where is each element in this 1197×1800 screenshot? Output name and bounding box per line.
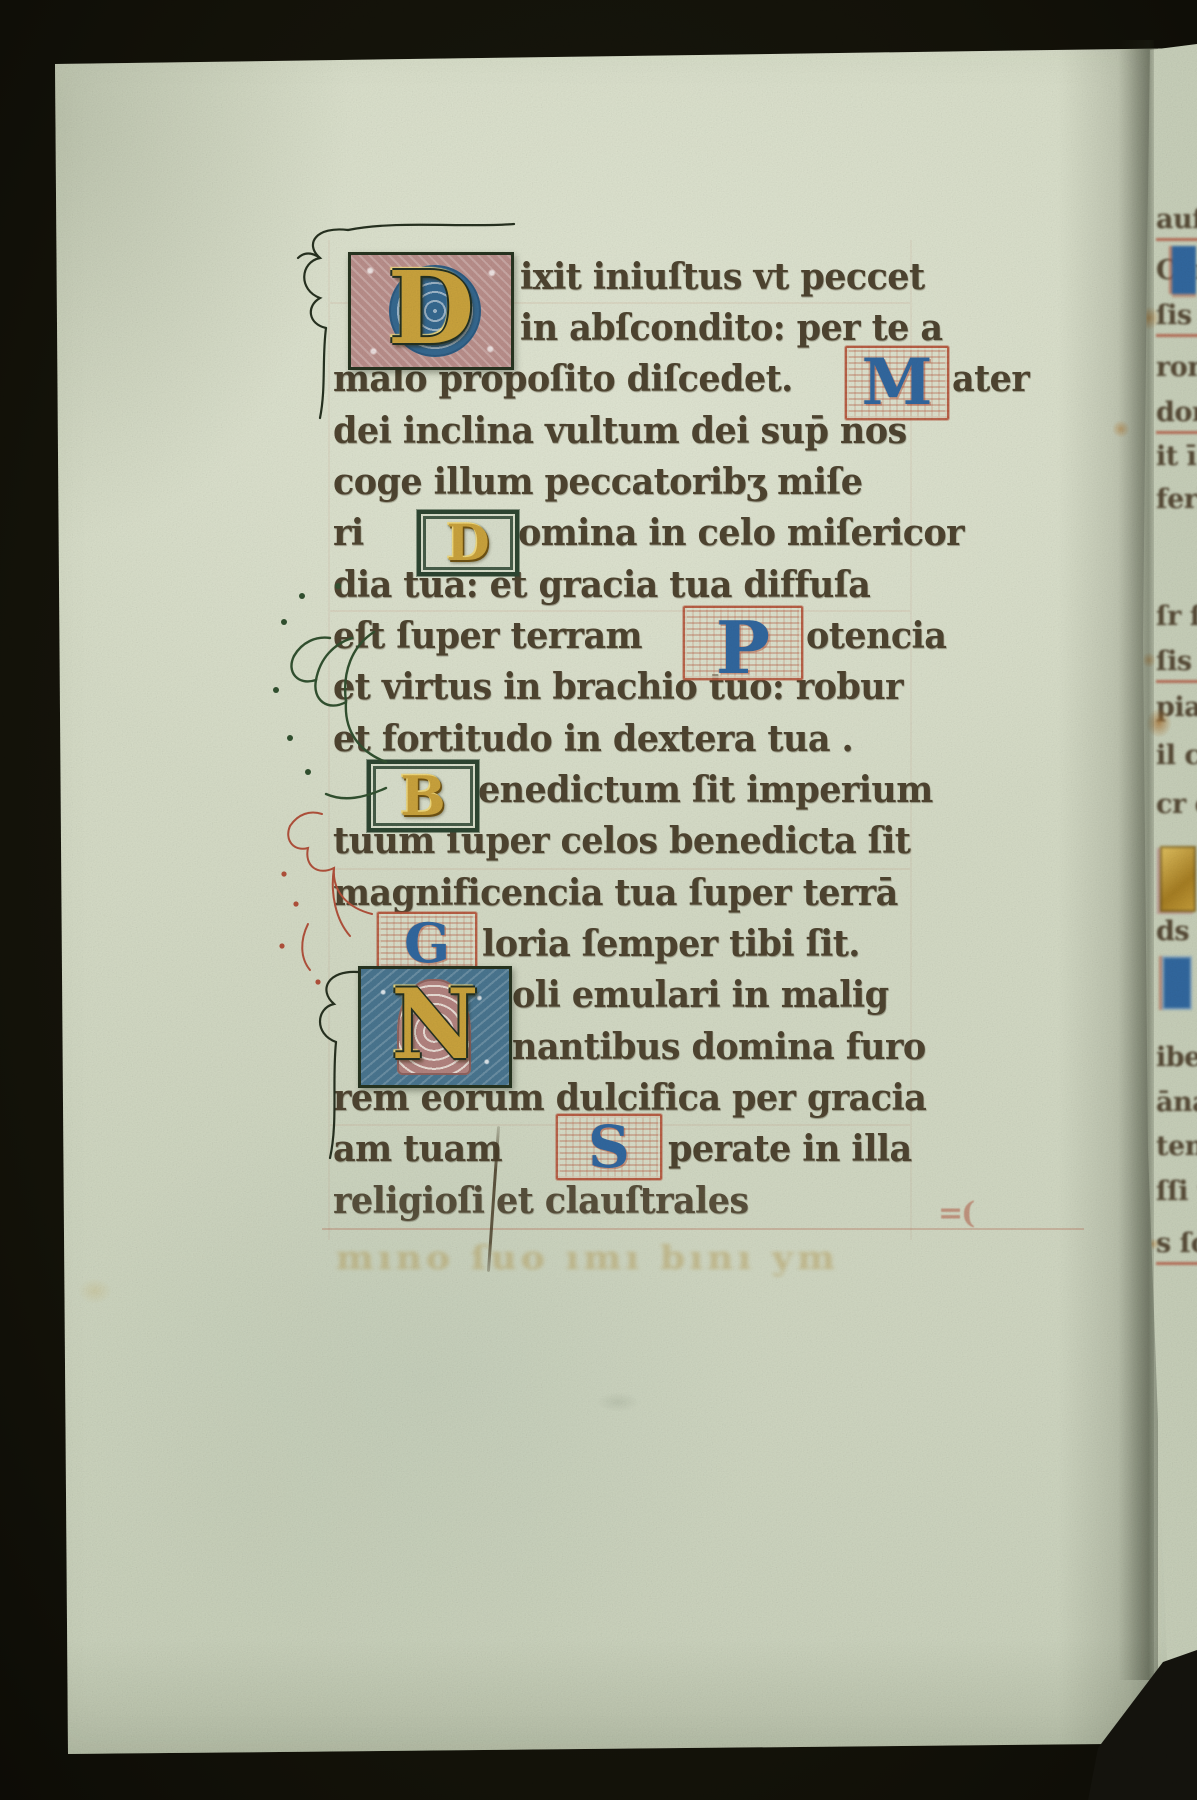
folio-text-fragment: ferba xyxy=(1156,484,1197,515)
initial-P-penwork: P xyxy=(683,606,803,680)
folio-text-fragment: ſſi ū xyxy=(1156,1176,1197,1207)
vellum-page: ixit iniuſtus vt peccet in abſcondito: p… xyxy=(0,0,1197,1800)
folio-text-fragment: auſſe xyxy=(1156,204,1197,241)
folio-text-fragment: cr ob xyxy=(1156,789,1197,820)
folio-initial-fragment-blue xyxy=(1172,246,1196,294)
penwork-spray-red xyxy=(272,764,382,994)
folio-text-fragment: s ſor ſr xyxy=(1156,1228,1197,1265)
text-line: loria ſemper tibi ſit. xyxy=(482,925,860,965)
stain xyxy=(596,1392,640,1412)
folio-text-fragment: il cū xyxy=(1156,740,1197,771)
folio-text-fragment: ron ad xyxy=(1156,352,1197,383)
folio-text-fragment: tenus xyxy=(1156,1131,1197,1162)
text-line: enedictum ſit imperium xyxy=(478,771,933,811)
folio-initial-fragment-blue2 xyxy=(1162,956,1192,1010)
folio-text-fragment: it ī ara xyxy=(1156,441,1197,472)
initial-M-penwork: M xyxy=(845,346,949,420)
folio-text-fragment: ſr ſru xyxy=(1156,601,1197,632)
text-line: ri xyxy=(333,514,364,554)
folio-text-fragment: āna xyxy=(1156,1087,1197,1118)
ruling-line xyxy=(330,868,910,870)
folio-text-fragment: ſis dſt xyxy=(1156,300,1197,337)
text-line: religioſi et clauſtrales xyxy=(333,1182,749,1222)
folio-initial-fragment-gold xyxy=(1160,846,1196,912)
stain xyxy=(1112,420,1130,438)
text-line: ixit iniuſtus vt peccet xyxy=(520,258,925,298)
stain xyxy=(78,1278,112,1304)
text-line: otencia xyxy=(806,617,946,657)
text-line: et virtus in brachio tuo: robur xyxy=(333,668,903,708)
ruling-line xyxy=(330,610,910,612)
folio-text-fragment: ſis pſt xyxy=(1156,646,1197,683)
text-line: coge illum peccatoribʒ miſe xyxy=(333,463,862,503)
initial-G-penwork: G xyxy=(377,912,477,974)
text-line: et fortitudo in dextera tua . xyxy=(333,720,853,760)
ghost-offset-text: mıno ſuo ımı bını ym xyxy=(336,1238,1157,1277)
folio-text-fragment: ds im xyxy=(1156,916,1197,947)
text-line: oli emulari in malig xyxy=(512,976,888,1016)
text-line: magnificencia tua ſuper terrā xyxy=(333,874,898,914)
text-line: in abſcondito: per te a xyxy=(520,309,943,349)
text-line: dia tua: et gracia tua diffuſa xyxy=(333,566,870,606)
text-line: omina in celo miſericor xyxy=(518,514,964,554)
stain xyxy=(1142,652,1156,668)
folio-text-fragment: donnu xyxy=(1156,397,1197,434)
page-shading xyxy=(55,1640,1197,1760)
gutter-shadow xyxy=(1058,40,1158,1760)
initial-D-gold: D xyxy=(417,510,519,576)
text-line: perate in illa xyxy=(668,1130,912,1170)
text-line: ater xyxy=(952,360,1029,400)
line-filler-mark: =( xyxy=(938,1196,973,1231)
manuscript-photo: ixit iniuſtus vt peccet in abſcondito: p… xyxy=(0,0,1197,1800)
folio-text-fragment: ibem xyxy=(1156,1042,1197,1073)
initial-S-penwork: S xyxy=(556,1114,662,1180)
penwork-spray-dark-bottom xyxy=(300,962,370,1162)
folio-text-fragment: piam xyxy=(1156,692,1197,723)
text-line: nantibus domina furo xyxy=(512,1028,926,1068)
